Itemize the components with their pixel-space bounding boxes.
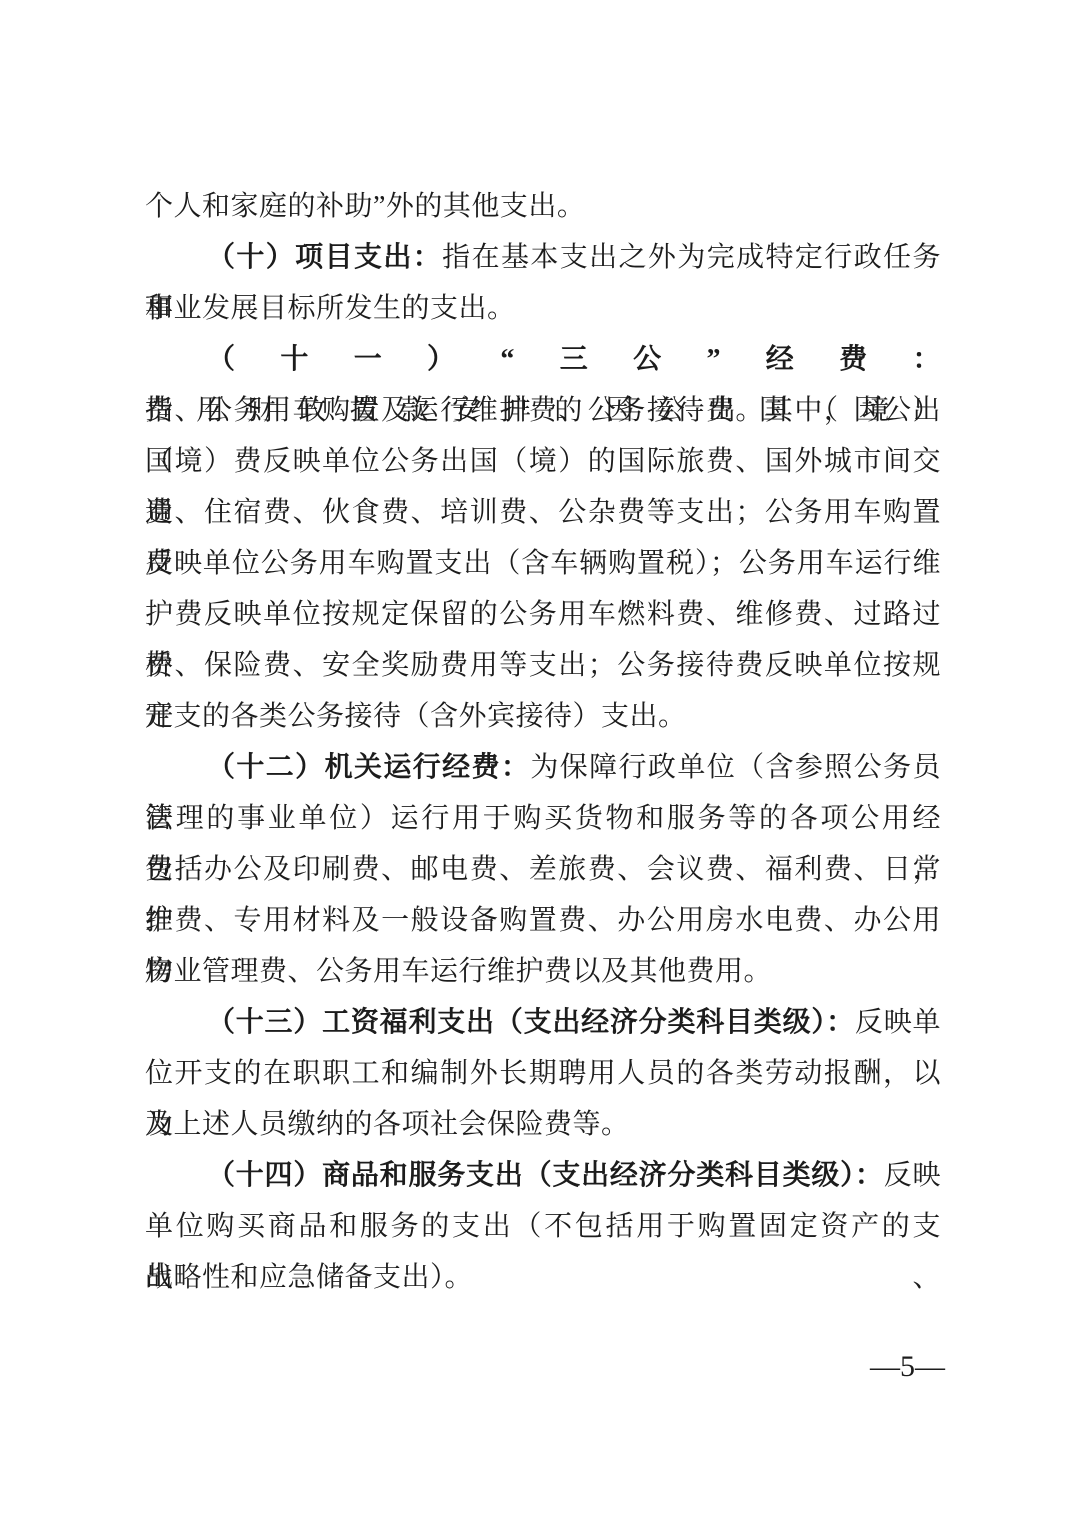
term-label: （十四）商品和服务支出（支出经济分类科目类级）：: [207, 1160, 884, 1191]
term-label: （十三）工资福利支出（支出经济分类科目类级）：: [207, 1007, 855, 1038]
text-line: 为上述人员缴纳的各项社会保险费等。: [145, 1099, 941, 1150]
text-line: 个人和家庭的补助”外的其他支出。: [145, 181, 941, 232]
text-line: 费、住宿费、伙食费、培训费、公杂费等支出；公务用车购置费: [145, 487, 941, 538]
term-label: （十二）机关运行经费：: [207, 752, 530, 783]
text-line: （十）项目支出：指在基本支出之外为完成特定行政任务和: [145, 232, 941, 283]
text-line: 包括办公及印刷费、邮电费、差旅费、会议费、福利费、日常维: [145, 844, 941, 895]
term-label: （十）项目支出：: [207, 242, 442, 273]
body-text: 为上述人员缴纳的各项社会保险费等。: [145, 1109, 630, 1140]
text-line: 物业管理费、公务用车运行维护费以及其他费用。: [145, 946, 941, 997]
text-line: 开支的各类公务接待（含外宾接待）支出。: [145, 691, 941, 742]
document-page: 个人和家庭的补助”外的其他支出。（十）项目支出：指在基本支出之外为完成特定行政任…: [0, 0, 1074, 1520]
body-text: 反映单: [855, 1007, 941, 1038]
body-text: 事业发展目标所发生的支出。: [145, 293, 516, 324]
text-line: 费、保险费、安全奖励费用等支出；公务接待费反映单位按规定: [145, 640, 941, 691]
text-line: 管理的事业单位）运行用于购买货物和服务等的各项公用经费，: [145, 793, 941, 844]
body-text: 战略性和应急储备支出）。: [145, 1262, 473, 1293]
document-body: 个人和家庭的补助”外的其他支出。（十）项目支出：指在基本支出之外为完成特定行政任…: [145, 181, 941, 1303]
text-line: 费、公务用车购置及运行维护费、公务接待费。其中，因公出国: [145, 385, 941, 436]
text-line: （境）费反映单位公务出国（境）的国际旅费、国外城市间交通: [145, 436, 941, 487]
page-number: —5—: [870, 1347, 945, 1387]
text-line: 反映单位公务用车购置支出（含车辆购置税）；公务用车运行维: [145, 538, 941, 589]
body-text: 物业管理费、公务用车运行维护费以及其他费用。: [145, 956, 772, 987]
body-text: 开支的各类公务接待（含外宾接待）支出。: [145, 701, 687, 732]
body-text: 反映单位公务用车购置支出（含车辆购置税）；公务用车运行维: [145, 548, 941, 579]
text-line: （十一）“三公”经费：指用财政拨款安排的因公出国（境）: [145, 334, 941, 385]
text-line: 单位购买商品和服务的支出（不包括用于购置固定资产的支出、: [145, 1201, 941, 1252]
text-line: （十四）商品和服务支出（支出经济分类科目类级）：反映: [145, 1150, 941, 1201]
text-line: 护费、专用材料及一般设备购置费、办公用房水电费、办公用房: [145, 895, 941, 946]
term-label: （十一）“三公”经费：: [207, 344, 941, 375]
body-text: 反映: [884, 1160, 941, 1191]
text-line: 位开支的在职职工和编制外长期聘用人员的各类劳动报酬，以及: [145, 1048, 941, 1099]
text-line: 事业发展目标所发生的支出。: [145, 283, 941, 334]
text-line: （十二）机关运行经费：为保障行政单位（含参照公务员法: [145, 742, 941, 793]
text-line: 护费反映单位按规定保留的公务用车燃料费、维修费、过路过桥: [145, 589, 941, 640]
text-line: （十三）工资福利支出（支出经济分类科目类级）：反映单: [145, 997, 941, 1048]
body-text: 个人和家庭的补助”外的其他支出。: [145, 191, 585, 222]
